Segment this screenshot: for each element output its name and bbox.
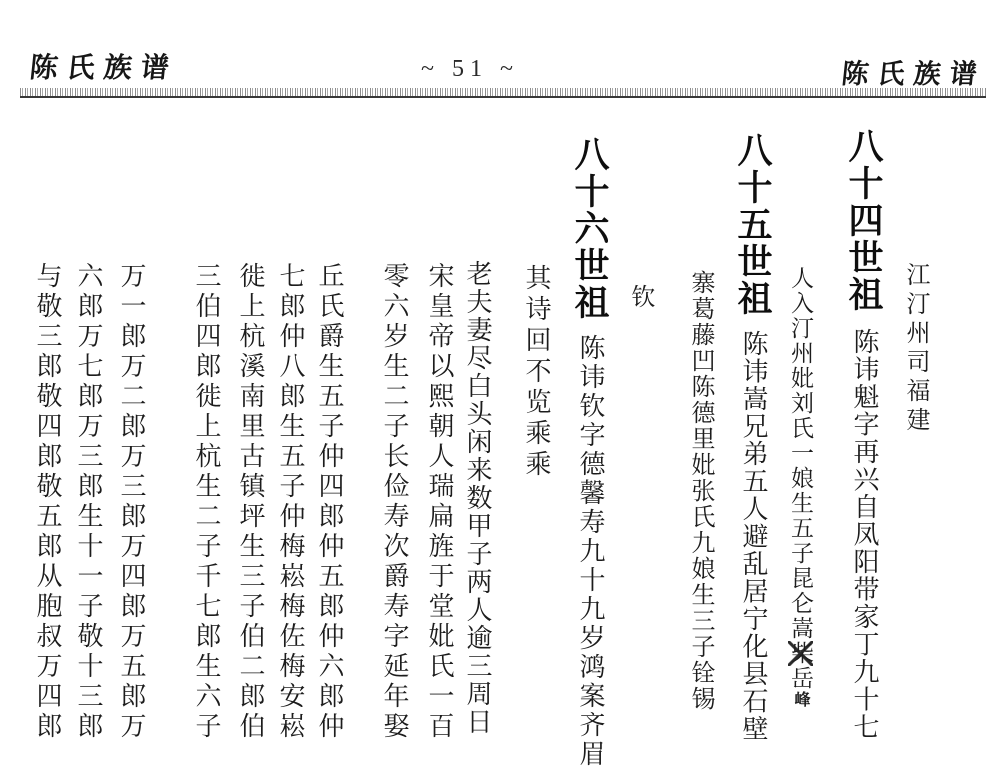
text-column-2: 宋皇帝以熙朝人瑞扁旌于堂妣氏一百 [426,262,452,742]
poem-intro-column: 其诗回不览乘乘 [523,264,549,481]
text-column-5: 七郎仲八郎生五子仲梅崧梅佐梅安崧 [277,262,303,742]
gen85-note-column: 寨葛藤凹陈德里妣张氏九娘生三子铨锡 [688,270,712,712]
gen84-note-after: 岳 [788,666,813,691]
page-number: ~ 51 ~ [0,56,940,83]
header-title-right: 陈氏族谱 [840,52,988,91]
gen84-note-column: 人入汀州妣刘氏一娘生五子昆仑嵩柴岳峰 [789,266,812,707]
gen85-heading: 八十五世祖 [735,132,770,317]
genealogy-page: 陈氏族谱 ~ 51 ~ 陈氏族谱 江汀州司福建 八十四世祖 陈讳魁字再兴自凤阳带… [0,0,1000,782]
gen86-heading: 八十六世祖 [572,136,607,321]
text-column-10: 与敬三郎敬四郎敬五郎从胞叔万四郎 [34,262,60,742]
gen84-note-before: 人入汀州妣刘氏一娘生五子昆仑嵩 [788,266,813,641]
decorative-border-rule [20,88,986,98]
origin-note-column: 江汀州司福建 [903,262,927,436]
gen86-marginal-character: 钦 [628,284,652,310]
text-column-8: 万一郎万二郎万三郎万四郎万五郎万 [118,262,144,742]
text-column-9: 六郎万七郎万三郎生十一子敬十三郎 [75,262,101,742]
text-column-3: 零六岁生二子长俭寿次爵寿字延年娶 [381,262,407,742]
text-column-1: 老夫妻尽白头闲来数甲子两人逾三周日 [464,260,490,736]
gen84-body: 陈讳魁字再兴自凤阳带家丁九十七 [851,328,877,741]
text-column-4: 丘氏爵生五子仲四郎仲五郎仲六郎仲 [316,262,342,742]
gen86-body: 陈讳钦字德馨寿九十九岁鸿案齐眉 [577,334,603,769]
gen84-note-inserted-character: 峰 [792,691,809,707]
gen84-note-struck-character: 柴 [788,641,813,666]
gen84-heading: 八十四世祖 [846,128,881,313]
text-column-7: 三伯四郎徙上杭生二子千七郎生六子 [193,262,219,742]
text-column-6: 徙上杭溪南里古镇坪生三子伯二郎伯 [237,262,263,742]
gen85-body: 陈讳嵩兄弟五人避乱居宁化县石壁 [740,330,766,743]
